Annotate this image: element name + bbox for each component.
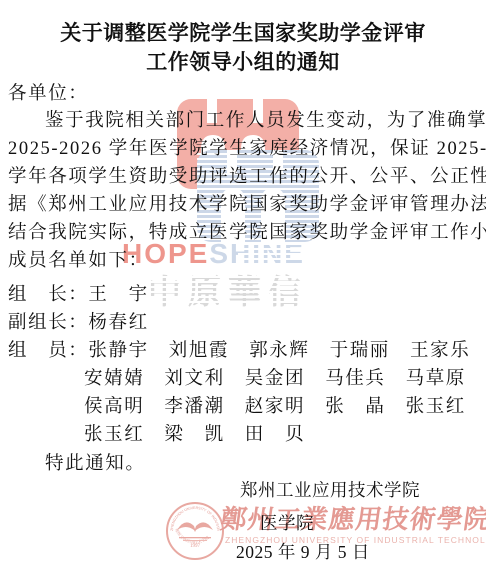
roster-member-names: 张静宇 刘旭霞 郭永辉 于瑞丽 王家乐: [88, 341, 470, 361]
roster-members-row: 张玉红 梁 凯 田 贝: [84, 420, 305, 446]
paragraph-line: 鉴于我院相关部门工作人员发生变动，为了准确掌握: [8, 106, 486, 132]
paragraph-line: 据《郑州工业应用技术学院国家奖助学金评审管理办法》，: [8, 190, 486, 216]
notice-title-line2: 工作领导小组的通知: [0, 46, 486, 76]
notice-title-line1: 关于调整医学院学生国家奖助学金评审: [0, 17, 486, 47]
notice-document-page: HOPESHINE 中原華信 ZHENGZHOU UNIVERSITY OF I…: [0, 0, 486, 569]
roster-members-row: 组 员：张静宇 刘旭霞 郭永辉 于瑞丽 王家乐: [8, 336, 470, 362]
roster-members-row: 安婧婧 刘文利 吴金团 马佳兵 马草原: [84, 364, 466, 390]
roster-leader-row: 组 长：王 宇: [8, 280, 149, 306]
roster-members-row: 侯高明 李潘潮 赵家明 张 晶 张玉红: [84, 392, 466, 418]
paragraph-line: 2025-2026 学年医学院学生家庭经济情况，保证 2025-2026: [8, 134, 486, 160]
closing-line: 特此通知。: [8, 449, 146, 475]
salutation: 各单位：: [8, 79, 88, 105]
signature-org: 郑州工业应用技术学院: [240, 477, 420, 502]
roster-deputy-row: 副组长：杨春红: [8, 308, 149, 334]
notice-text-layer: 关于调整医学院学生国家奖助学金评审 工作领导小组的通知 各单位： 鉴于我院相关部…: [0, 0, 486, 569]
signature-dept: 医学院: [260, 510, 314, 535]
paragraph-line: 成员名单如下：: [8, 246, 149, 272]
roster-members-label: 组 员：: [8, 341, 88, 361]
paragraph-line: 结合我院实际，特成立医学院国家奖助学金评审工作小组，: [8, 218, 486, 244]
signature-date: 2025 年 9 月 5 日: [236, 539, 370, 564]
paragraph-line: 学年各项学生资助受助评选工作的公开、公平、公正性，根: [8, 162, 486, 188]
